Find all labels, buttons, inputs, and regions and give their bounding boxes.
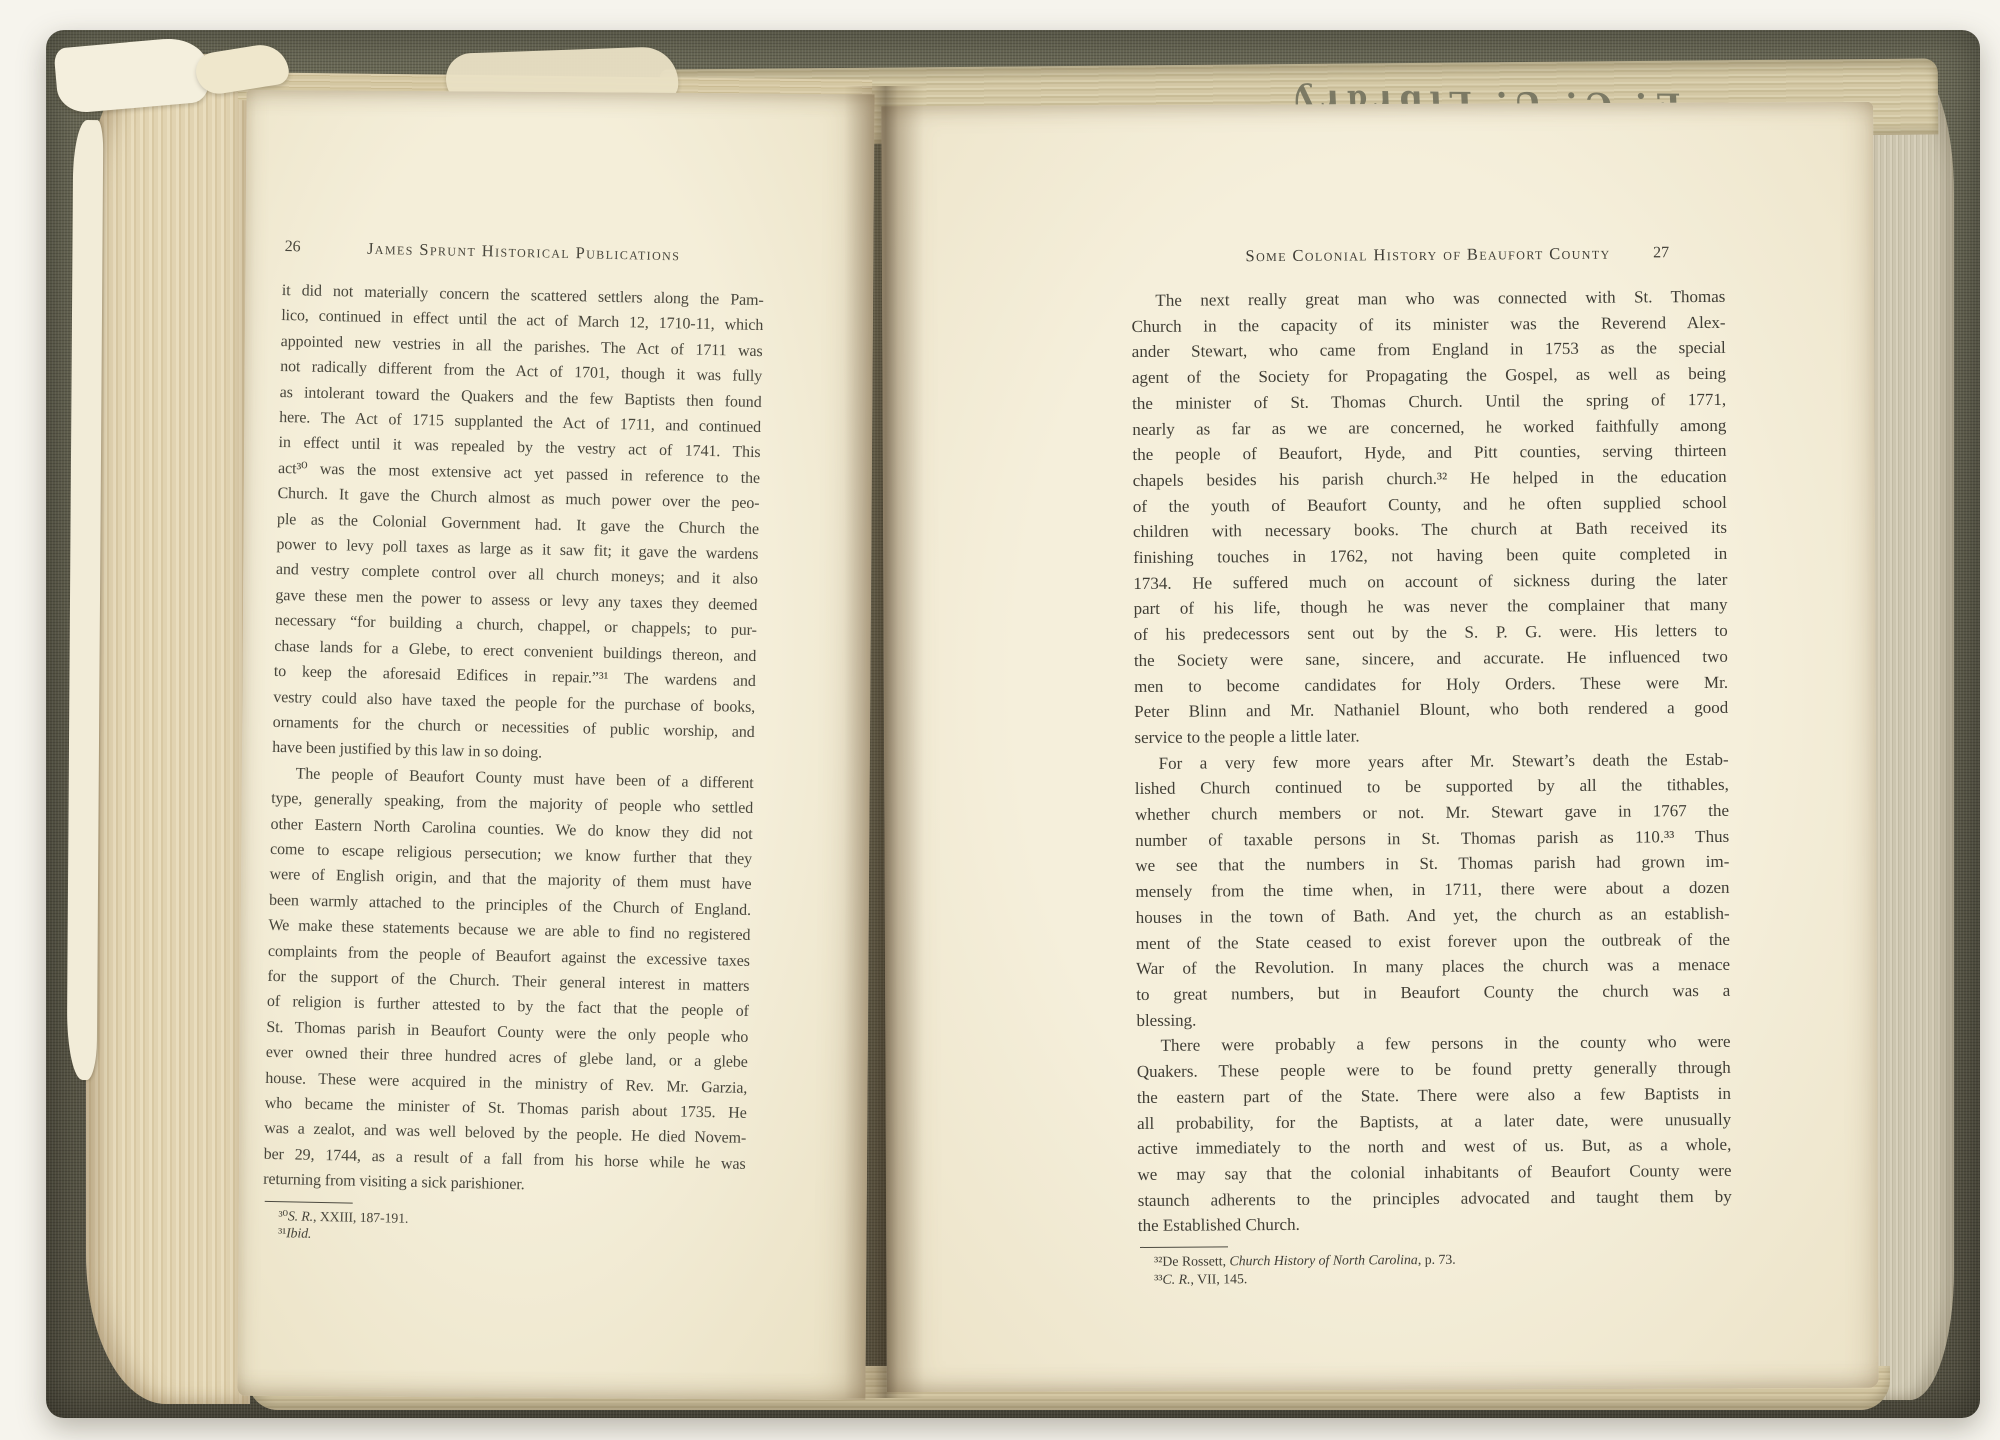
left-body-text: it did not materially concern the scatte… [263, 278, 764, 1203]
text-line: chapels besides his parish church.³² He … [1133, 464, 1727, 494]
text-line: mensely from the time when, in 1711, the… [1135, 875, 1729, 905]
left-page-number: 26 [284, 234, 300, 260]
gutter-shadow [844, 86, 924, 1398]
paragraph: it did not materially concern the scatte… [272, 278, 764, 771]
footnote-text: De Rossett, [1162, 1253, 1229, 1268]
text-line: The next really great man who was connec… [1131, 284, 1725, 314]
text-line: the Established Church. [1138, 1209, 1732, 1239]
footnote-rule [265, 1200, 353, 1203]
torn-endpaper-fragment [53, 36, 210, 115]
right-page: Some Colonial History of Beaufort County… [1131, 240, 1732, 1288]
text-line: Peter Blinn and Mr. Nathaniel Blount, wh… [1134, 695, 1728, 725]
book-scan: E. C. U. Library 26 James Sprunt Histori… [0, 0, 2000, 1440]
footnote-text: , XXIII, 187-191. [313, 1208, 409, 1225]
text-line: Quakers. These people were to be found p… [1137, 1055, 1731, 1085]
paragraph: For a very few more years after Mr. Stew… [1135, 746, 1731, 1033]
footnote-citation: S. R. [288, 1208, 313, 1224]
right-footnotes: ³²De Rossett, Church History of North Ca… [1138, 1249, 1732, 1288]
footnote-text: , VII, 145. [1190, 1271, 1247, 1286]
footnote-text: , p. 73. [1418, 1252, 1456, 1267]
paragraph: The people of Beaufort County must have … [263, 761, 754, 1203]
footnote-citation: Ibid. [286, 1225, 311, 1241]
right-running-head: Some Colonial History of Beaufort County [1131, 240, 1725, 270]
footnote-citation: Church History of North Carolina [1229, 1252, 1417, 1268]
text-line: the people of Beaufort, Hyde, and Pitt c… [1132, 438, 1726, 468]
text-line: agent of the Society for Propagating the… [1132, 361, 1726, 391]
paragraph: There were probably a few persons in the… [1137, 1029, 1732, 1239]
right-page-header: Some Colonial History of Beaufort County… [1131, 240, 1725, 270]
text-line: staunch adherents to the principles advo… [1138, 1183, 1732, 1213]
text-line: we may say that the colonial inhabitants… [1137, 1158, 1731, 1188]
right-page-number: 27 [1653, 240, 1669, 266]
footnote-citation: C. R. [1162, 1271, 1190, 1286]
footnote-rule [1140, 1246, 1228, 1248]
text-line: the eastern part of the State. There wer… [1137, 1081, 1731, 1111]
text-line: finishing touches in 1762, not having be… [1133, 541, 1727, 571]
text-line: houses in the town of Bath. And yet, the… [1136, 901, 1730, 931]
paragraph: The next really great man who was connec… [1131, 284, 1728, 751]
text-line: active immediately to the north and west… [1137, 1132, 1731, 1162]
text-line: of his predecessors sent out by the S. P… [1134, 618, 1728, 648]
right-body-text: The next really great man who was connec… [1131, 284, 1732, 1239]
page-edges-left [86, 54, 250, 1404]
text-line: the Society were sane, sincere, and accu… [1134, 644, 1728, 674]
text-line: the minister of St. Thomas Church. Until… [1132, 387, 1726, 417]
text-line: to great numbers, but in Beaufort County… [1136, 978, 1730, 1008]
text-line: whether church members or not. Mr. Stewa… [1135, 798, 1729, 828]
left-page: 26 James Sprunt Historical Publications … [262, 234, 765, 1251]
